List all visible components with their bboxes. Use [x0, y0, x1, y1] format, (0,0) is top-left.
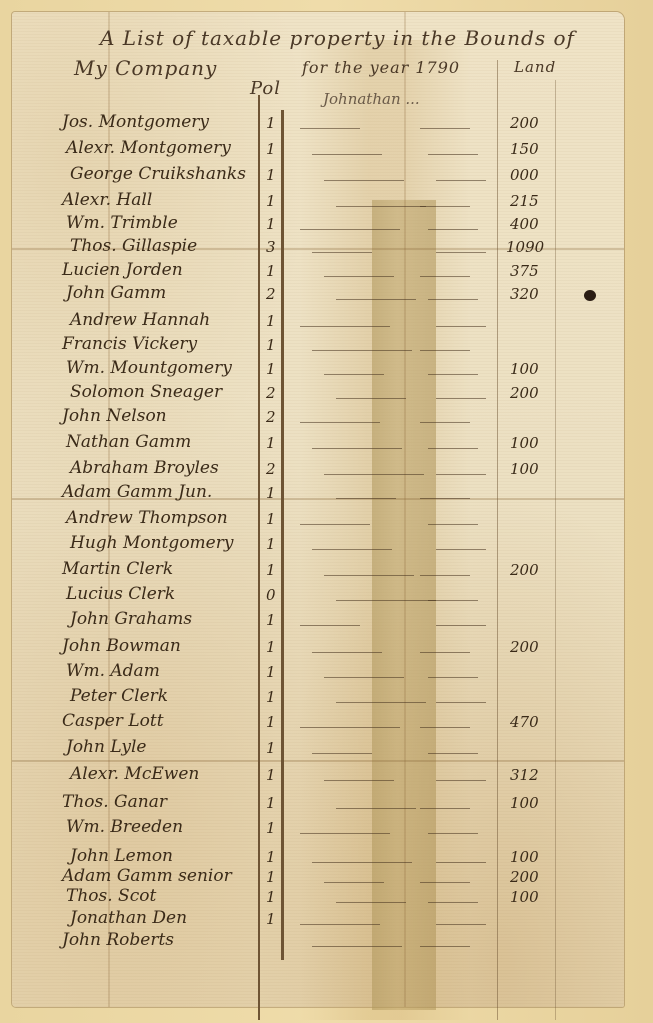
ruled-dash: [436, 862, 486, 863]
ruled-dash: [428, 299, 478, 300]
ruled-dash: [312, 350, 412, 351]
taxpayer-name: Peter Clerk: [70, 686, 168, 706]
ruled-dash: [436, 549, 486, 550]
pol-count: 1: [266, 484, 276, 502]
land-acres: 150: [510, 140, 539, 158]
ruled-dash: [324, 677, 404, 678]
land-acres: 200: [510, 384, 539, 402]
ruled-dash: [428, 229, 478, 230]
ruled-dash: [336, 498, 396, 499]
land-acres: 000: [510, 166, 539, 184]
taxpayer-name: Thos. Gillaspie: [70, 236, 197, 256]
ruled-dash: [312, 448, 402, 449]
pol-column-rule: [258, 95, 260, 1020]
ruled-dash: [436, 398, 486, 399]
year-label: for the year 1790: [302, 58, 460, 77]
pol-count: 1: [266, 868, 276, 886]
land-acres: 1090: [506, 238, 544, 256]
taxpayer-name: Thos. Ganar: [62, 792, 167, 812]
taxpayer-name: Martin Clerk: [62, 559, 173, 579]
land-acres: 470: [510, 713, 539, 731]
land-acres: 200: [510, 868, 539, 886]
ruled-dash: [420, 808, 470, 809]
ruled-dash: [312, 753, 372, 754]
ruled-dash: [312, 946, 402, 947]
ruled-dash: [428, 524, 478, 525]
ruled-dash: [420, 350, 470, 351]
taxpayer-name: Adam Gamm senior: [62, 866, 232, 886]
land-acres: 375: [510, 262, 539, 280]
pol-count: 3: [266, 238, 276, 256]
pol-count: 2: [266, 408, 276, 426]
pol-count: 1: [266, 535, 276, 553]
ruled-dash: [420, 422, 470, 423]
pol-count: 1: [266, 312, 276, 330]
taxpayer-name: Lucius Clerk: [66, 584, 175, 604]
pol-count: 1: [266, 848, 276, 866]
document-title-company: My Company: [74, 56, 217, 80]
taxpayer-name: John Gamm: [66, 283, 166, 303]
ruled-dash: [300, 422, 380, 423]
ruled-dash: [428, 753, 478, 754]
ruled-dash: [312, 862, 412, 863]
ruled-dash: [336, 702, 426, 703]
taxpayer-name: Thos. Scot: [66, 886, 156, 906]
land-acres: 320: [510, 285, 539, 303]
pol-count: 1: [266, 166, 276, 184]
ruled-dash: [428, 600, 478, 601]
land-acres: 200: [510, 114, 539, 132]
taxpayer-name: Jos. Montgomery: [62, 112, 209, 132]
land-column-rule: [555, 80, 556, 1020]
ruled-dash: [420, 128, 470, 129]
taxpayer-name: Wm. Adam: [66, 661, 160, 681]
taxpayer-name: Abraham Broyles: [70, 458, 219, 478]
ruled-dash: [428, 902, 478, 903]
pol-count: 1: [266, 611, 276, 629]
ruled-dash: [300, 924, 380, 925]
ruled-dash: [436, 474, 486, 475]
taxpayer-name: John Lemon: [70, 846, 173, 866]
pol-count: 1: [266, 713, 276, 731]
ruled-dash: [336, 902, 406, 903]
land-acres: 215: [510, 192, 539, 210]
land-acres: 100: [510, 460, 539, 478]
ruled-dash: [312, 652, 382, 653]
ruled-dash: [324, 374, 384, 375]
land-acres: 400: [510, 215, 539, 233]
ruled-dash: [300, 128, 360, 129]
pol-count: 1: [266, 561, 276, 579]
taxpayer-name: John Roberts: [62, 930, 174, 950]
taxpayer-name: Wm. Breeden: [66, 817, 183, 837]
taxpayer-name: Andrew Thompson: [66, 508, 228, 528]
ruled-dash: [300, 625, 360, 626]
ruled-dash: [336, 808, 416, 809]
ruled-dash: [428, 154, 478, 155]
ruled-dash: [324, 575, 414, 576]
taxpayer-name: John Bowman: [62, 636, 181, 656]
taxpayer-name: Jonathan Den: [70, 908, 187, 928]
pol-header: Pol: [250, 78, 281, 99]
ruled-dash: [312, 549, 392, 550]
pol-count: 1: [266, 192, 276, 210]
ruled-dash: [436, 252, 486, 253]
taxpayer-name: John Grahams: [70, 609, 192, 629]
pol-count: 1: [266, 336, 276, 354]
land-acres: 200: [510, 561, 539, 579]
pol-count: 1: [266, 360, 276, 378]
pol-count: 1: [266, 638, 276, 656]
pol-count: 1: [266, 140, 276, 158]
taxpayer-name: Hugh Montgomery: [70, 533, 233, 553]
pol-count: 1: [266, 794, 276, 812]
pol-count: 1: [266, 739, 276, 757]
land-acres: 312: [510, 766, 539, 784]
document-title: A List of taxable property in the Bounds…: [100, 26, 575, 50]
ruled-dash: [428, 448, 478, 449]
taxpayer-name: Wm. Mountgomery: [66, 358, 232, 378]
land-acres: 200: [510, 638, 539, 656]
pol-count: 2: [266, 384, 276, 402]
ruled-dash: [428, 374, 478, 375]
pol-count: 1: [266, 434, 276, 452]
ruled-dash: [300, 833, 390, 834]
ruled-dash: [436, 180, 486, 181]
taxpayer-name: Lucien Jorden: [62, 260, 183, 280]
ruled-dash: [312, 252, 372, 253]
land-column-rule: [497, 60, 498, 1020]
land-acres: 100: [510, 434, 539, 452]
ruled-dash: [324, 780, 394, 781]
taxpayer-name: Casper Lott: [62, 711, 164, 731]
ruled-dash: [324, 276, 394, 277]
taxpayer-name: John Lyle: [66, 737, 146, 757]
ruled-dash: [420, 575, 470, 576]
pol-count: 1: [266, 510, 276, 528]
ruled-dash: [312, 154, 382, 155]
ruled-dash: [436, 780, 486, 781]
pol-count: 1: [266, 819, 276, 837]
ruled-dash: [300, 326, 390, 327]
taxpayer-name: Francis Vickery: [62, 334, 197, 354]
taxpayer-name: John Nelson: [62, 406, 167, 426]
ruled-dash: [324, 474, 424, 475]
taxpayer-name: Adam Gamm Jun.: [62, 482, 212, 502]
fold-line: [12, 760, 624, 762]
ruled-dash: [300, 524, 370, 525]
ruled-dash: [436, 326, 486, 327]
ruled-dash: [420, 498, 470, 499]
taxpayer-name: Wm. Trimble: [66, 213, 178, 233]
fold-line: [404, 12, 406, 1007]
signature: Johnathan ...: [323, 90, 420, 108]
land-acres: 100: [510, 848, 539, 866]
ruled-dash: [420, 652, 470, 653]
land-header: Land: [514, 58, 556, 76]
ruled-dash: [336, 600, 436, 601]
pol-count: 1: [266, 910, 276, 928]
pol-column-rule: [281, 110, 284, 960]
ruled-dash: [420, 882, 470, 883]
ruled-dash: [300, 727, 400, 728]
land-acres: 100: [510, 794, 539, 812]
pol-count: 1: [266, 215, 276, 233]
ruled-dash: [420, 276, 470, 277]
pol-count: 2: [266, 460, 276, 478]
ruled-dash: [420, 727, 470, 728]
pol-count: 1: [266, 663, 276, 681]
pol-count: 1: [266, 766, 276, 784]
pol-count: 0: [266, 586, 276, 604]
taxpayer-name: Solomon Sneager: [70, 382, 222, 402]
pol-count: 1: [266, 262, 276, 280]
ink-blot: [584, 290, 596, 301]
ruled-dash: [300, 229, 400, 230]
taxpayer-name: Nathan Gamm: [66, 432, 191, 452]
ruled-dash: [336, 398, 406, 399]
taxpayer-name: Alexr. McEwen: [70, 764, 199, 784]
ruled-dash: [428, 677, 478, 678]
taxpayer-name: Alexr. Montgomery: [66, 138, 231, 158]
taxpayer-name: George Cruikshanks: [70, 164, 246, 184]
pol-count: 1: [266, 888, 276, 906]
pol-count: 2: [266, 285, 276, 303]
pol-count: 1: [266, 688, 276, 706]
ruled-dash: [436, 702, 486, 703]
pol-count: 1: [266, 114, 276, 132]
ruled-dash: [336, 299, 416, 300]
taxpayer-name: Andrew Hannah: [70, 310, 210, 330]
ruled-dash: [324, 882, 384, 883]
ruled-dash: [420, 206, 470, 207]
ruled-dash: [420, 946, 470, 947]
ruled-dash: [428, 833, 478, 834]
land-acres: 100: [510, 360, 539, 378]
land-acres: 100: [510, 888, 539, 906]
ruled-dash: [436, 625, 486, 626]
ruled-dash: [436, 924, 486, 925]
ruled-dash: [336, 206, 426, 207]
taxpayer-name: Alexr. Hall: [62, 190, 152, 210]
ruled-dash: [324, 180, 404, 181]
